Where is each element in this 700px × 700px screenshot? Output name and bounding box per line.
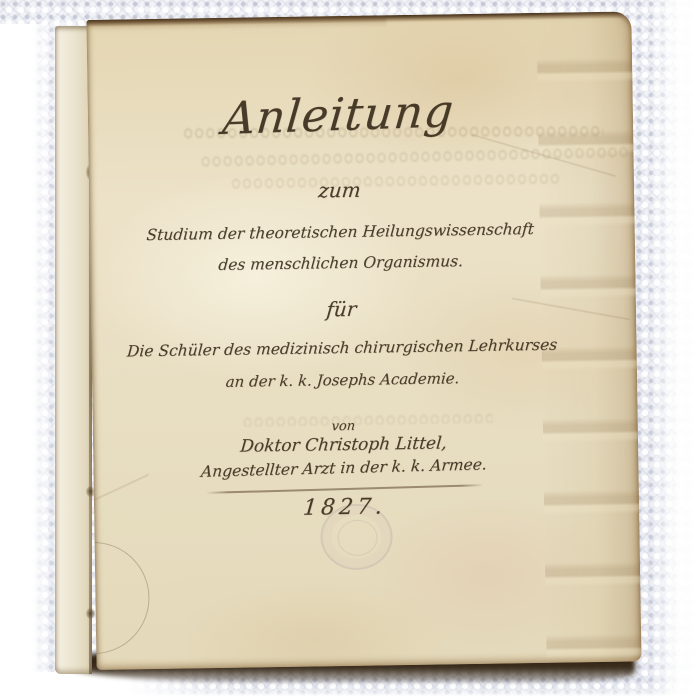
binding-stitch xyxy=(86,608,95,619)
author-underline-flourish xyxy=(205,484,483,493)
handwritten-text-block: Anleitung zum Studium der theoretischen … xyxy=(86,12,619,670)
handwritten-for: für xyxy=(86,293,615,326)
handwritten-preposition: zum xyxy=(86,174,613,207)
title-page: Anleitung zum Studium der theoretischen … xyxy=(86,11,641,669)
handwritten-subject-line-2: des menschlichen Organismus. xyxy=(86,250,613,277)
handwritten-title: Anleitung xyxy=(86,79,613,150)
handwritten-audience-line-1: Die Schüler des medizinisch chirurgische… xyxy=(86,335,615,362)
handwritten-year: 1827. xyxy=(86,491,618,525)
flyleaf-page-edge xyxy=(55,26,92,674)
handwritten-audience-line-2: an der k. k. Josephs Academie. xyxy=(86,367,615,394)
background-highlight-right xyxy=(648,0,700,700)
background-highlight-left xyxy=(0,24,58,676)
photo-of-manuscript: Anleitung zum Studium der theoretischen … xyxy=(0,0,700,700)
handwritten-subject-line-1: Studium der theoretischen Heilungswissen… xyxy=(86,219,613,246)
manuscript-book: Anleitung zum Studium der theoretischen … xyxy=(55,16,637,688)
